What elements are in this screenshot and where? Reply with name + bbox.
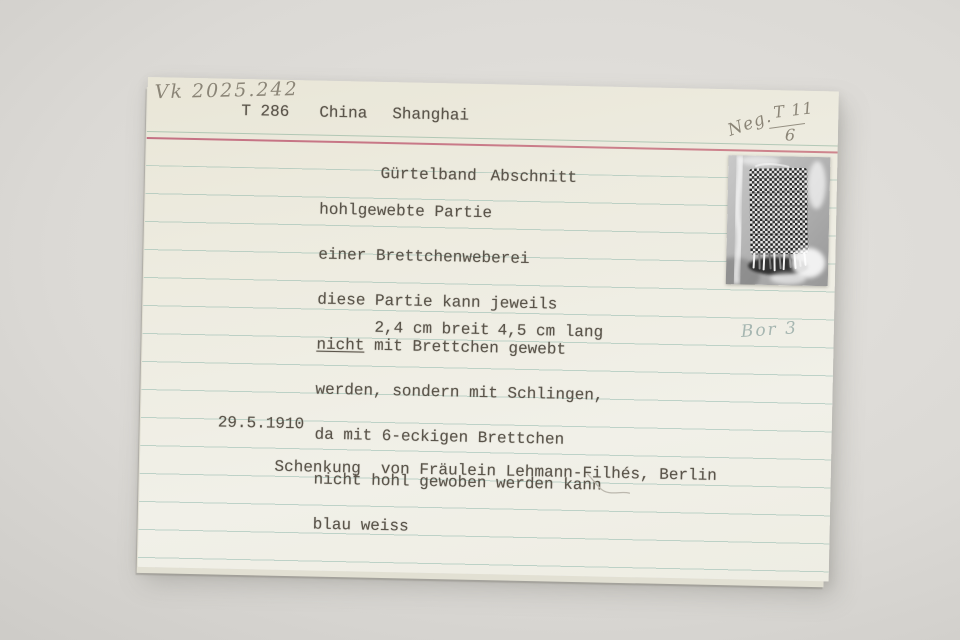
negative-number-note: Neg. T 11 6 <box>727 99 838 153</box>
index-card: Vk 2025.242 T 286 China Shanghai Neg. T … <box>138 77 839 581</box>
description-block: hohlgewebte Partie einer Brettchenwebere… <box>312 173 608 569</box>
acquisition-date: 29.5.1910 <box>218 416 305 433</box>
neg-number-top: T 11 <box>772 98 814 122</box>
dimensions-line: 2,4 cm breit4,5 cm lang <box>316 305 603 356</box>
acquisition-source: von Fräulein Lehmann-Filhés, Berlin <box>381 460 717 485</box>
acquisition-type: Schenkung <box>274 458 361 478</box>
description-line: blau weiss <box>312 518 600 539</box>
textile-photo <box>726 155 831 286</box>
description-line: einer Brettchenweberei <box>318 248 606 269</box>
description-line: da mit 6-eckigen Brettchen <box>314 428 602 449</box>
description-line: hohlgewebte Partie <box>319 203 607 224</box>
dimension-width: 2,4 cm breit <box>374 319 490 339</box>
textile-photo-image <box>726 155 831 286</box>
region-label: China <box>319 106 367 122</box>
neg-label: Neg. <box>725 107 774 141</box>
neg-number-bottom: 6 <box>785 125 796 144</box>
location-note-handwritten: Bor 3 <box>740 318 798 342</box>
dimension-length: 4,5 cm lang <box>497 321 603 341</box>
object-id: T 286 <box>241 104 289 120</box>
desk-surface: Vk 2025.242 T 286 China Shanghai Neg. T … <box>0 0 960 640</box>
stray-pencil-mark <box>584 472 633 502</box>
description-line: werden, sondern mit Schlingen, <box>315 383 603 404</box>
inventory-number-handwritten: Vk 2025.242 <box>155 78 299 103</box>
city-label: Shanghai <box>392 107 469 124</box>
